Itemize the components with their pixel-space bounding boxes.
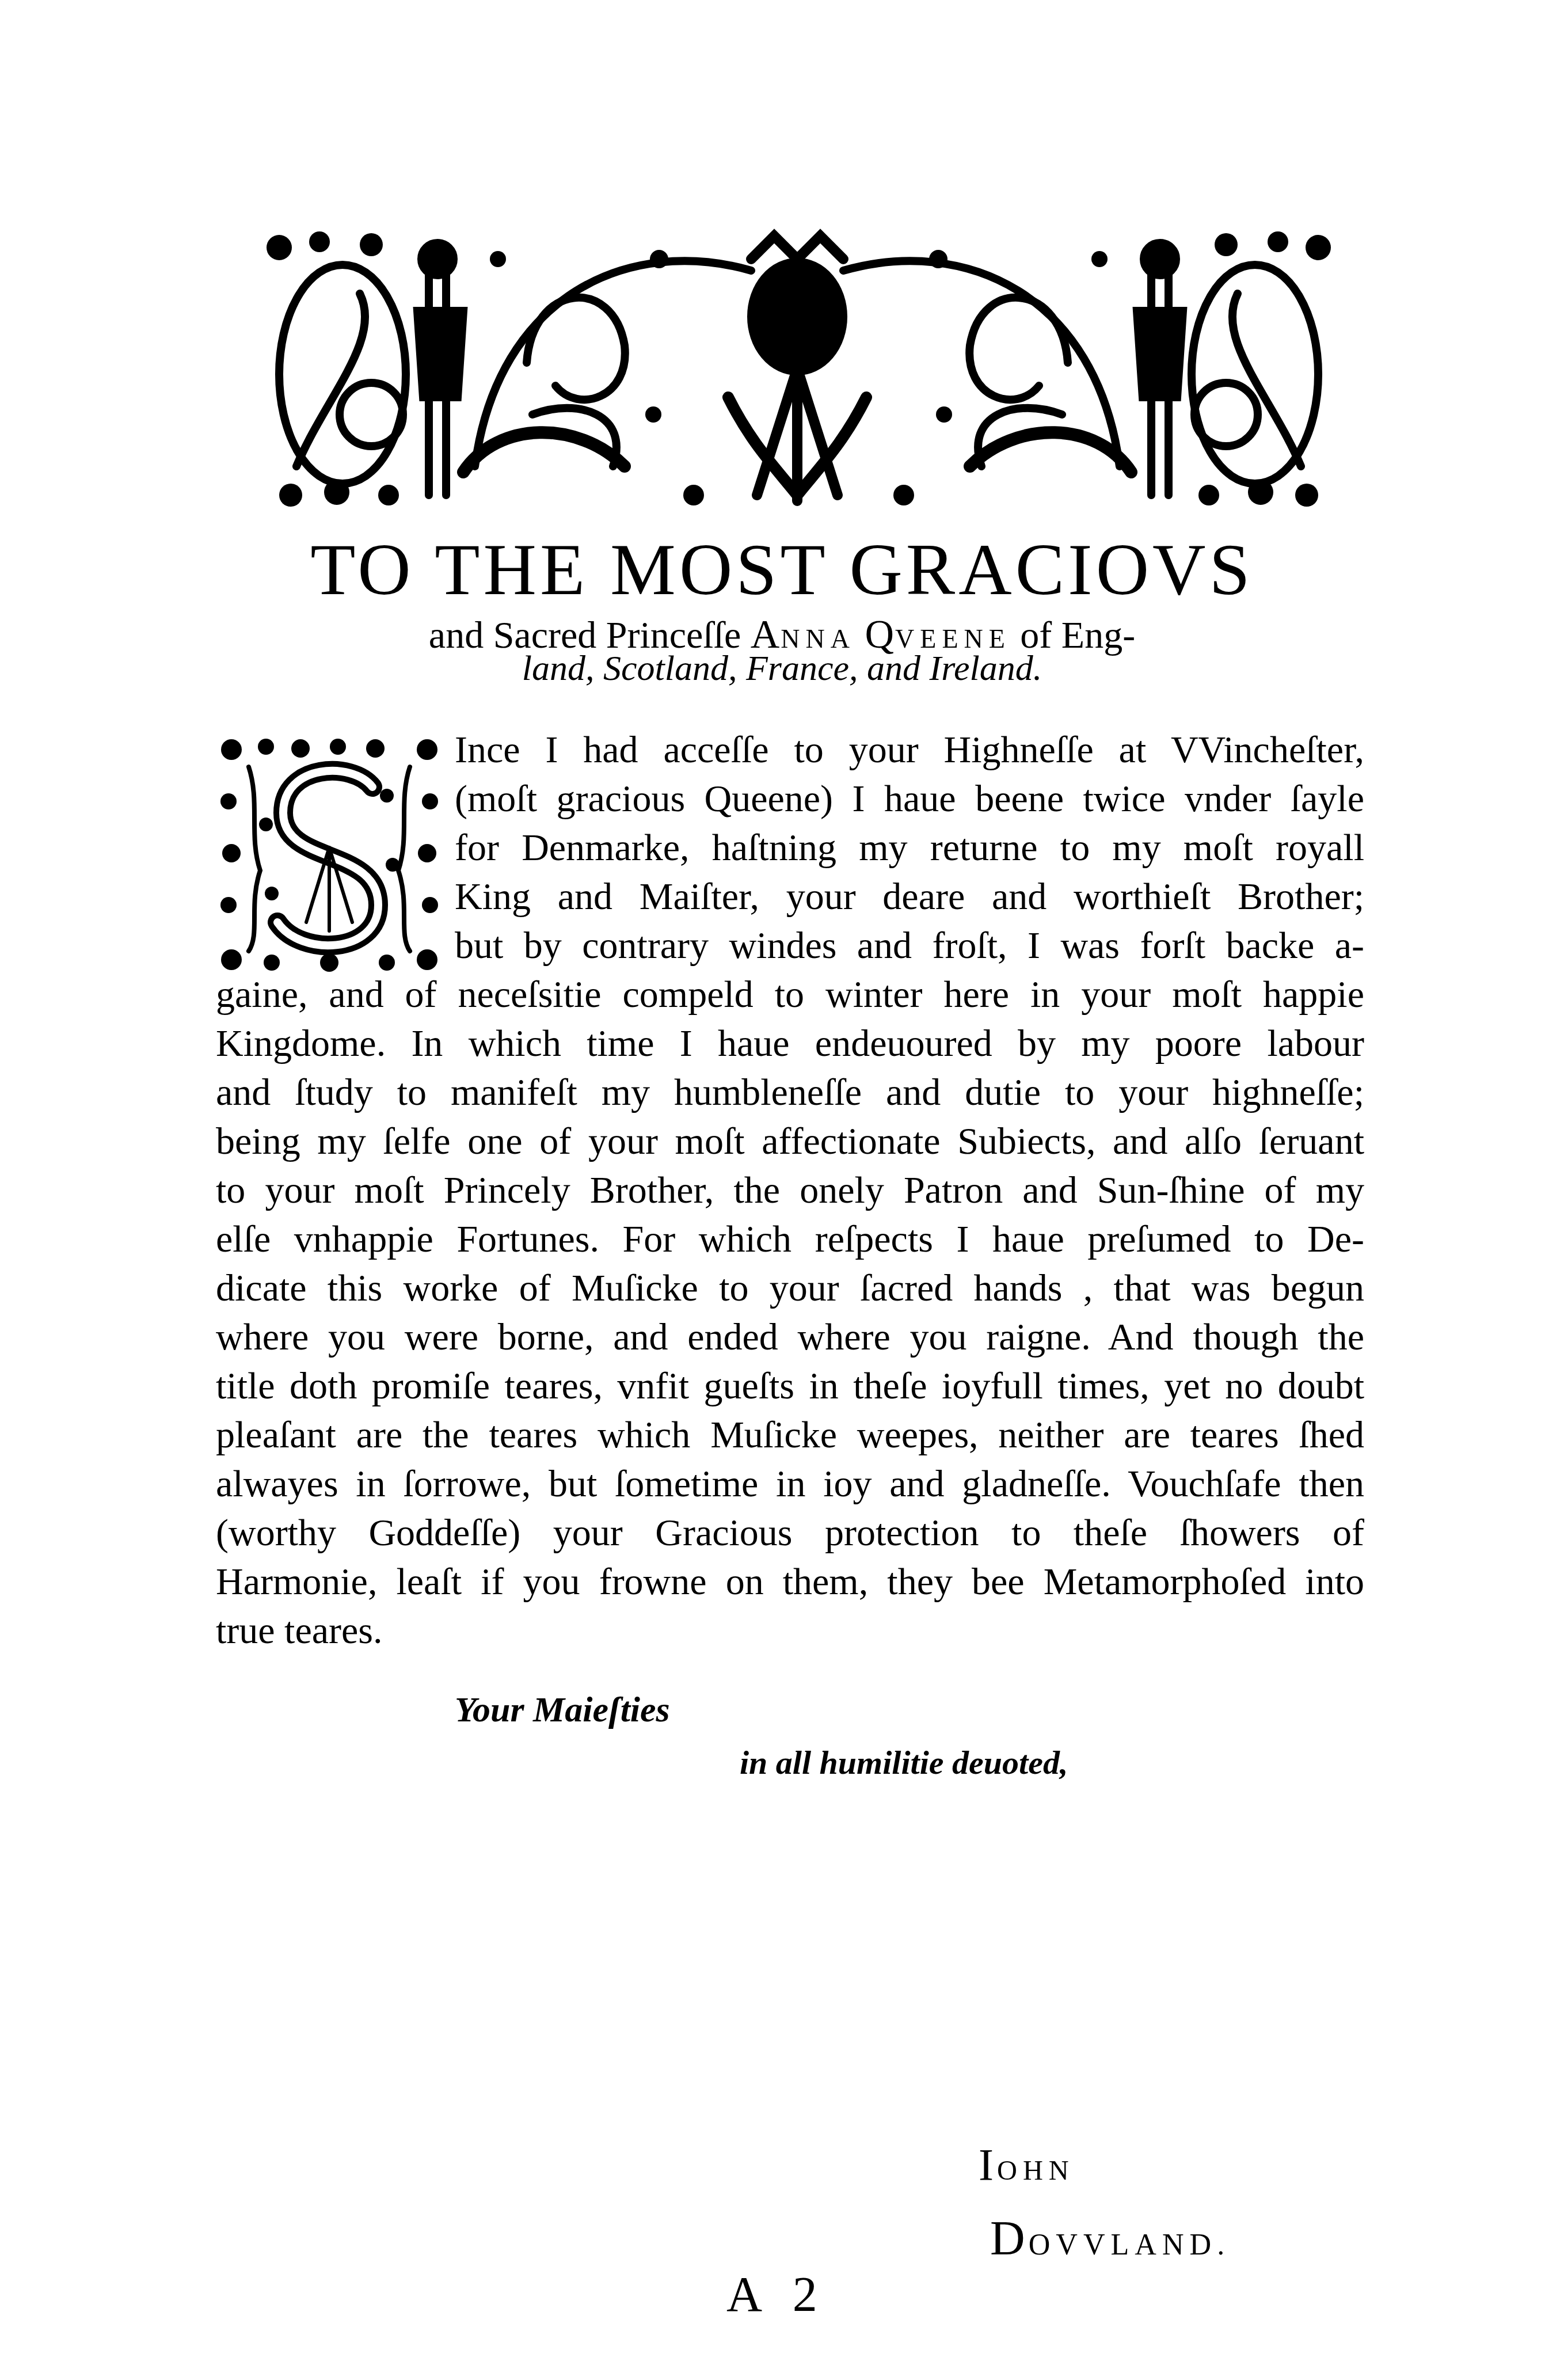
body-line: King and Maiſter, your deare and worthie… bbox=[455, 878, 1364, 916]
body-line: gaine, and of neceſsitie compeld to wint… bbox=[216, 976, 1364, 1014]
body-line: (moſt gracious Queene) I haue beene twic… bbox=[455, 780, 1364, 818]
first-name-initial: I bbox=[979, 2139, 997, 2189]
closing-devotion: in all humilitie deuoted, bbox=[740, 1743, 1068, 1782]
body-line: Harmonie, leaſt if you frowne on them, t… bbox=[216, 1563, 1364, 1601]
dedication-subtitle-line2: land, Scotland, France, and Ireland. bbox=[0, 651, 1564, 686]
body-line: where you were borne, and ended where yo… bbox=[216, 1318, 1364, 1356]
first-name-rest: OHN bbox=[997, 2155, 1075, 2186]
body-line: Ince I had acceſſe to your Highneſſe at … bbox=[455, 731, 1364, 769]
body-line: (worthy Goddeſſe) your Gracious protecti… bbox=[216, 1514, 1364, 1552]
body-line: being my ſelfe one of your moſt affectio… bbox=[216, 1123, 1364, 1161]
last-name-initial: D bbox=[990, 2212, 1029, 2265]
body-line: to your moſt Princely Brother, the onely… bbox=[216, 1172, 1364, 1210]
decorated-initial-s-icon bbox=[214, 732, 444, 974]
signature-first-name: IOHN bbox=[979, 2139, 1075, 2191]
closing-salutation: Your Maieſties bbox=[455, 1690, 670, 1731]
body-line: but by contrary windes and froſt, I was … bbox=[455, 927, 1364, 965]
body-line: pleaſant are the teares which Muſicke we… bbox=[216, 1416, 1364, 1454]
body-line: for Denmarke, haſtning my returne to my … bbox=[455, 829, 1364, 867]
body-line: and ſtudy to manifeſt my humbleneſſe and… bbox=[216, 1074, 1364, 1112]
body-line: alwayes in ſorrowe, but ſometime in ioy … bbox=[216, 1465, 1364, 1503]
body-line: elſe vnhappie Fortunes. For which reſpec… bbox=[216, 1221, 1364, 1259]
drop-cap bbox=[214, 732, 444, 974]
ornament-headpiece-icon bbox=[256, 225, 1341, 510]
page-title: TO THE MOST GRACIOVS bbox=[0, 533, 1564, 606]
body-line: true teares. bbox=[216, 1612, 1364, 1650]
signature-last-name: DOVVLAND. bbox=[990, 2211, 1230, 2267]
body-line: title doth promiſe teares, vnfit gueſts … bbox=[216, 1367, 1364, 1405]
body-line: Kingdome. In which time I haue endeuoure… bbox=[216, 1025, 1364, 1063]
last-name-rest: OVVLAND. bbox=[1029, 2229, 1231, 2261]
printer-signature-mark: A 2 bbox=[726, 2265, 828, 2323]
body-line: dicate this worke of Muſicke to your ſac… bbox=[216, 1269, 1364, 1307]
